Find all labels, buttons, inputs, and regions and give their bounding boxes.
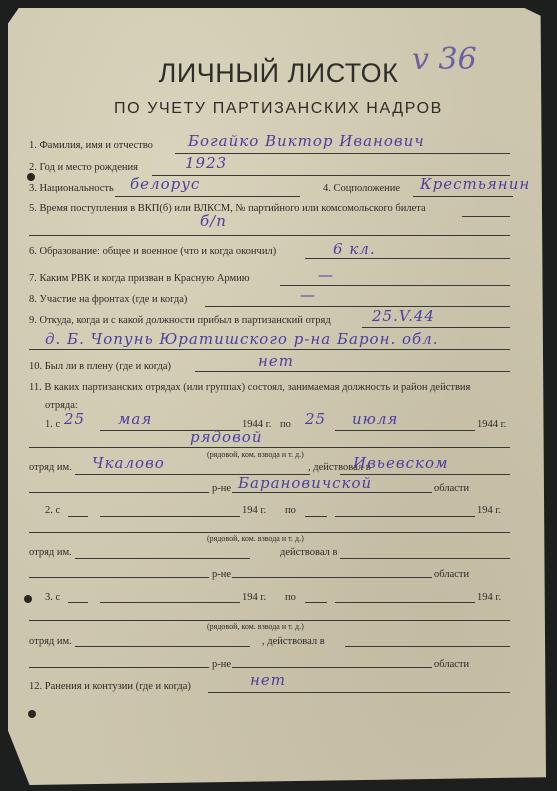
- det2-acted-label: действовал в: [280, 547, 337, 558]
- det1-district-line: [29, 492, 209, 493]
- det3-from-year: 194 г.: [242, 592, 266, 603]
- field-4-line: [413, 196, 513, 197]
- det3-region-line: [232, 667, 432, 668]
- handwritten-number: v 36: [412, 42, 477, 77]
- field-9-line: [362, 327, 510, 328]
- det1-oblast-label: области: [434, 483, 469, 494]
- det1-position: рядовой: [190, 428, 263, 446]
- field-9-value-2: д. Б. Чопунь Юратишского р-на Барон. обл…: [45, 330, 439, 348]
- document-subtitle: ПО УЧЕТУ ПАРТИЗАНСКИХ НАДРОВ: [0, 100, 557, 118]
- det2-region-line: [232, 577, 432, 578]
- field-6-value: 6 кл.: [333, 240, 376, 258]
- field-8-label: 8. Участие на фронтах (где и когда): [29, 294, 187, 305]
- field-3-value: белорус: [130, 175, 200, 193]
- det1-to-month: июля: [352, 410, 398, 428]
- det2-acted-line: [340, 558, 510, 559]
- field-4-value: Крестьянин: [420, 175, 530, 193]
- det2-from-day-line: [68, 516, 88, 517]
- field-12-label: 12. Ранения и контузии (где и когда): [29, 681, 191, 692]
- det1-from-day: 25: [64, 410, 85, 428]
- det3-to-year: 194 г.: [477, 592, 501, 603]
- det1-otryad: Чкалово: [92, 454, 165, 472]
- field-5-value: б/п: [200, 212, 227, 230]
- field-9-label: 9. Откуда, когда и с какой должности при…: [29, 315, 331, 326]
- det3-num: 3. с: [45, 592, 60, 603]
- det2-from-year: 194 г.: [242, 505, 266, 516]
- det3-acted-label: , действовал в: [262, 636, 325, 647]
- field-8-line: [205, 306, 510, 307]
- det1-region: Барановичской: [238, 474, 372, 492]
- det2-to-year: 194 г.: [477, 505, 501, 516]
- field-10-value: нет: [258, 352, 294, 370]
- det3-district-line: [29, 667, 209, 668]
- det2-to-label: по: [285, 505, 296, 516]
- det2-from-line: [100, 516, 240, 517]
- field-7-label: 7. Каким РВК и когда призван в Красную А…: [29, 273, 250, 284]
- det1-from-month: мая: [118, 410, 152, 428]
- field-12-value: нет: [250, 671, 286, 689]
- det3-to-line: [335, 602, 475, 603]
- field-9-value: 25.V.44: [372, 307, 435, 325]
- field-9-line-2: [29, 349, 510, 350]
- field-4-label: 4. Соцположение: [323, 183, 400, 194]
- punch-hole: [24, 595, 32, 603]
- det1-region-line: [232, 492, 432, 493]
- field-1-label: 1. Фамилия, имя и отчество: [29, 140, 153, 151]
- field-8-value: —: [300, 286, 316, 304]
- field-5-label: 5. Время поступления в ВКП(б) или ВЛКСМ,…: [29, 203, 426, 214]
- det2-num: 2. с: [45, 505, 60, 516]
- det1-to-day: 25: [305, 410, 326, 428]
- field-6-label: 6. Образование: общее и военное (что и к…: [29, 246, 276, 257]
- field-5-line-2: [29, 235, 510, 236]
- field-6-line: [305, 258, 510, 259]
- field-3-line: [115, 196, 300, 197]
- det1-to-line: [335, 430, 475, 431]
- det2-to-line: [335, 516, 475, 517]
- det2-position-hint: (рядовой, ком. взвода и т. д.): [207, 534, 304, 543]
- det3-oblast-label: области: [434, 659, 469, 670]
- field-3-label: 3. Национальность: [29, 183, 114, 194]
- field-2-label: 2. Год и место рождения: [29, 162, 138, 173]
- det1-to-year: 1944 г.: [477, 419, 506, 430]
- field-1-value: Богайко Виктор Иванович: [188, 132, 425, 150]
- det3-to-day-line: [305, 602, 327, 603]
- det3-otryad-label: отряд им.: [29, 636, 72, 647]
- field-7-value: —: [318, 266, 334, 284]
- det1-num: 1. с: [45, 419, 60, 430]
- det3-rne-label: р-не: [212, 659, 231, 670]
- det1-rne-label: р-не: [212, 483, 231, 494]
- field-10-label: 10. Был ли в плену (где и когда): [29, 361, 171, 372]
- punch-hole: [27, 173, 35, 181]
- det3-position-hint: (рядовой, ком. взвода и т. д.): [207, 622, 304, 631]
- field-2-value: 1923: [185, 154, 227, 172]
- punch-hole: [28, 710, 36, 718]
- det3-to-label: по: [285, 592, 296, 603]
- det3-acted-line: [345, 646, 510, 647]
- field-11-label: 11. В каких партизанских отрядах (или гр…: [29, 382, 470, 393]
- det1-acted-in: Ивьевском: [353, 454, 448, 472]
- det2-otryad-label: отряд им.: [29, 547, 72, 558]
- det1-otryad-label: отряд им.: [29, 462, 72, 473]
- det3-from-line: [100, 602, 240, 603]
- det2-oblast-label: области: [434, 569, 469, 580]
- det3-from-day-line: [68, 602, 88, 603]
- det2-rne-label: р-не: [212, 569, 231, 580]
- det1-to-label: по: [280, 419, 291, 430]
- det3-position-line: [29, 620, 510, 621]
- field-12-line: [208, 692, 510, 693]
- det1-position-line: [29, 447, 510, 448]
- det3-otryad-line: [75, 646, 250, 647]
- det1-position-hint: (рядовой, ком. взвода и т. д.): [207, 450, 304, 459]
- det2-position-line: [29, 532, 510, 533]
- field-5-line: [462, 216, 510, 217]
- det2-district-line: [29, 577, 209, 578]
- det2-to-day-line: [305, 516, 327, 517]
- det2-otryad-line: [75, 558, 250, 559]
- field-10-line: [195, 371, 510, 372]
